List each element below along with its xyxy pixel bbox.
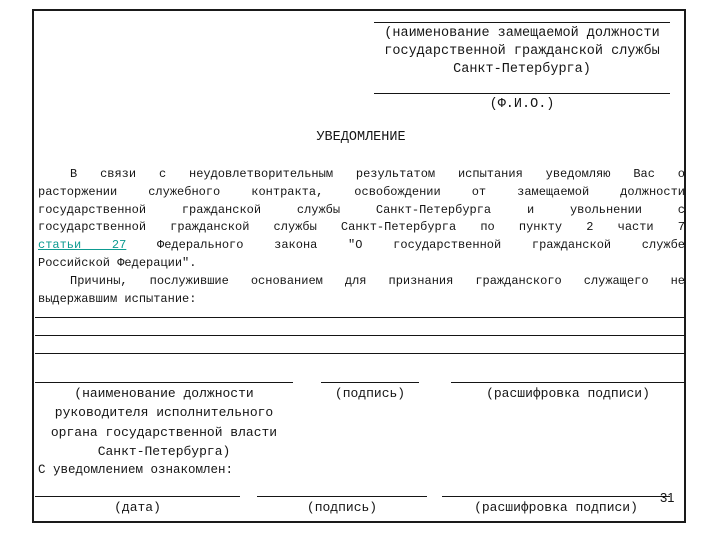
caption-line: руководителя исполнительного	[35, 402, 293, 421]
body-line: расторжении служебного контракта, освобо…	[38, 184, 685, 202]
signature-caption: (подпись)	[321, 383, 419, 402]
body-line: государственной гражданской службы Санкт…	[38, 219, 685, 237]
blank-line	[35, 318, 685, 336]
blank-line	[35, 336, 685, 354]
authority-signature-row: (наименование должности руководителя исп…	[35, 382, 685, 461]
employee-signature-field: (подпись)	[257, 496, 427, 516]
acknowledgement-label: С уведомлением ознакомлен:	[38, 463, 233, 477]
caption-line: Санкт-Петербурга)	[35, 441, 293, 460]
blank-line	[35, 302, 685, 318]
blank-line	[374, 13, 670, 23]
position-caption-line-3: Санкт-Петербурга)	[374, 61, 670, 79]
authority-position-field: (наименование должности руководителя исп…	[35, 382, 293, 461]
body-line: Причины, послужившие основанием для приз…	[38, 273, 685, 291]
blank-line	[374, 79, 670, 94]
document-title: УВЕДОМЛЕНИЕ	[38, 130, 684, 145]
position-caption-line-2: государственной гражданской службы	[374, 43, 670, 61]
notification-body: В связи с неудовлетворительным результат…	[38, 166, 685, 308]
body-line: статьи 27 Федерального закона "О государ…	[38, 237, 685, 255]
body-line: В связи с неудовлетворительным результат…	[38, 166, 685, 184]
date-caption: (дата)	[35, 497, 240, 516]
authority-name-field: (расшифровка подписи)	[451, 382, 685, 461]
date-field: (дата)	[35, 496, 240, 516]
body-line-text: Федерального закона "О государственной г…	[126, 238, 685, 252]
reasons-blank-lines	[35, 302, 685, 354]
fio-caption: (Ф.И.О.)	[374, 96, 670, 114]
signer-position-block: (наименование замещаемой должности госуд…	[374, 13, 670, 114]
caption-line: (наименование должности	[35, 383, 293, 402]
employee-name-field: (расшифровка подписи)	[442, 496, 670, 516]
authority-signature-field: (подпись)	[321, 382, 419, 461]
notification-document-page: (наименование замещаемой должности госуд…	[0, 0, 720, 540]
page-number: 31	[660, 490, 674, 505]
position-caption-line-1: (наименование замещаемой должности	[374, 25, 670, 43]
body-line: Российской Федерации".	[38, 255, 685, 273]
signature-caption: (подпись)	[257, 497, 427, 516]
name-caption: (расшифровка подписи)	[451, 383, 685, 402]
body-line: государственной гражданской службы Санкт…	[38, 202, 685, 220]
caption-line: органа государственной власти	[35, 422, 293, 441]
employee-signature-row: (дата) (подпись) (расшифровка подписи)	[35, 496, 685, 516]
article-27-link[interactable]: статьи 27	[38, 238, 126, 252]
name-caption: (расшифровка подписи)	[442, 497, 670, 516]
